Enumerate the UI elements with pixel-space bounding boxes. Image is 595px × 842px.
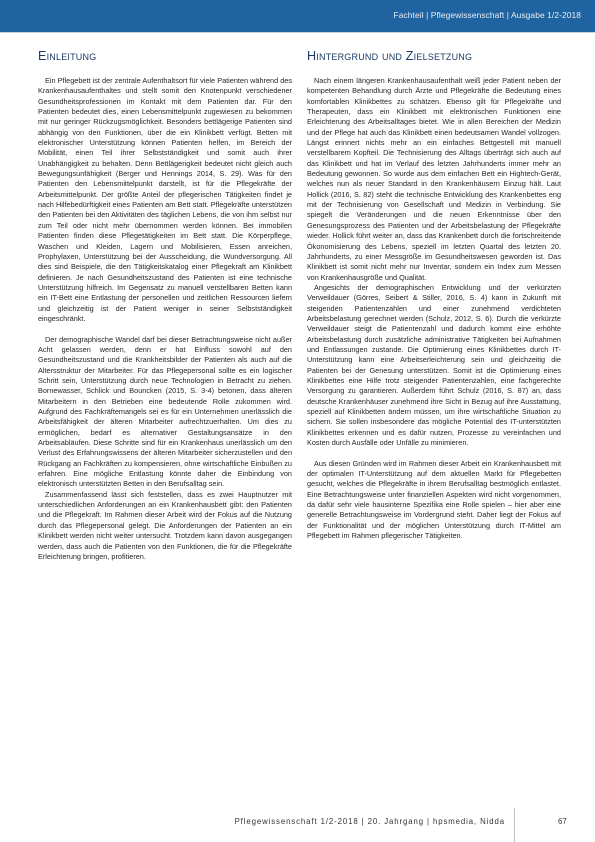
section-heading-einleitung: Einleitung [38,49,292,63]
page-number: 67 [558,817,567,826]
paragraph: Aus diesen Gründen wird im Rahmen dieser… [307,459,561,542]
running-title: Fachteil | Pflegewissenschaft | Ausgabe … [394,10,581,20]
right-column: Hintergrund und Zielsetzung Nach einem l… [307,49,561,542]
paragraph: Nach einem längeren Krankenhausaufenthal… [307,76,561,283]
paragraph: Ein Pflegebett ist der zentrale Aufentha… [38,76,292,324]
section-heading-hintergrund: Hintergrund und Zielsetzung [307,49,561,63]
paragraph: Zusammenfassend lässt sich feststellen, … [38,490,292,562]
header-bar: Fachteil | Pflegewissenschaft | Ausgabe … [0,0,595,33]
footer-journal-info: Pflegewissenschaft 1/2-2018 | 20. Jahrga… [150,817,505,826]
paragraph: Der demographische Wandel darf bei diese… [38,335,292,490]
paragraph: Angesichts der demographischen Entwicklu… [307,283,561,449]
footer-divider [514,808,515,842]
left-column: Einleitung Ein Pflegebett ist der zentra… [38,49,292,562]
